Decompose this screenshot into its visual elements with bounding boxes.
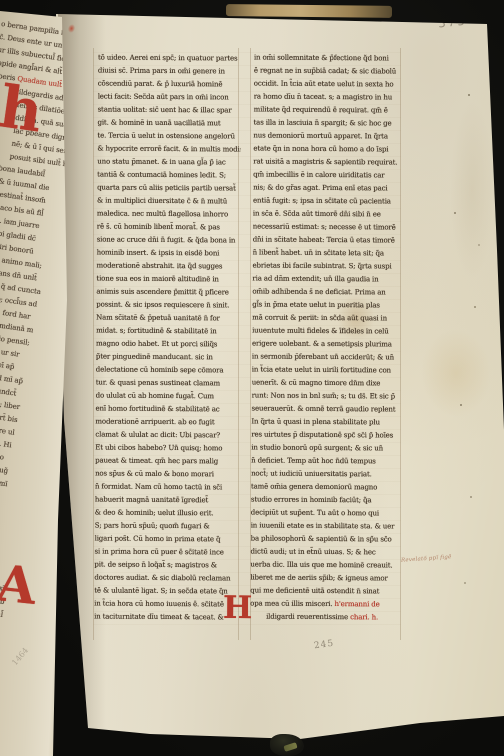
manuscript-line: clamat & ululat ac dicit: Ubi pascar? xyxy=(95,428,238,442)
manuscript-line: nos sp̃us & cū malo & bono morari xyxy=(95,467,238,481)
manuscript-line: studio errores in hominib faciūt; q̃a xyxy=(251,493,401,507)
manuscript-line: om̄ib adhibenda s̄ ne deficiat. Prima an xyxy=(252,285,402,299)
manuscript-line: tē & ululantē ligat. S; in sec̃da etate … xyxy=(94,584,237,598)
manuscript-line: n̄ deficiet. Temp aūt hoc n̄dū tempus xyxy=(251,454,401,468)
manuscript-line: & in multiplici diuersitate c̄ & n̄ mult… xyxy=(97,195,240,209)
manuscript-line: runt: Non nos in bnl sum̄; s; tu ds̄. Et… xyxy=(252,389,402,403)
manuscript-line: tantiā & contumaciā homines ledit. S; xyxy=(97,169,240,183)
manuscript-line: res uirtutes p̄ disputationē spc̄ sc̄i p… xyxy=(251,428,401,442)
manuscript-line: p̃ter pinguedinē manducant. sic in xyxy=(96,351,239,365)
manuscript-line: In q̃rta ū quasi in plena stabilitate pl… xyxy=(251,415,401,429)
manuscript-line: mā corruit & periit: in sc̃da aūt quasi … xyxy=(252,311,402,325)
manuscript-line: tas illa in lasciuia n̄ spargit; & sic h… xyxy=(253,116,403,130)
manuscript-line: sione ac cruce dn̄i n̄ fugit. & q̃da bon… xyxy=(97,234,240,248)
manuscript-line: git. & hominē in uanā uacillatiā mut xyxy=(97,117,240,131)
rubric-initial-bottom: A xyxy=(0,558,38,612)
rubric-initial-top: h xyxy=(0,77,46,140)
manuscript-line: in om̄i sollemnitate & p̄fectione q̃d bo… xyxy=(254,51,404,65)
manuscript-line: n̄ libent̃ habet. un̄ in sc̄itate leta s… xyxy=(253,246,403,260)
manuscript-line: qui me deficientē uitā ostendit n̄ sinat xyxy=(250,584,400,598)
manuscript-line: ē regnat ne in sup̄biā cadat; & sic diab… xyxy=(254,64,404,78)
manuscript-line: ligari pos̃t. Cū homo in prima etate q̃ xyxy=(95,532,238,546)
manuscript-line: iuuentute multi fideles & īfideles in ce… xyxy=(252,324,402,338)
manuscript-line: S; pars horū sp̃uū; quom̄ fugari & xyxy=(95,519,238,533)
manuscript-line: quarta pars cū aliis peticiis partib uer… xyxy=(97,182,240,196)
manuscript-line: necessariū estimat: s; necesse ē ut timo… xyxy=(253,220,403,234)
facing-page-edge: o berna pampilia ft̄c̄. Deus ente ur unū… xyxy=(0,0,70,756)
manuscript-line: opa mea cū illis misceri. h'ermanni de xyxy=(250,597,400,611)
page-edge-sliver xyxy=(226,4,392,18)
manuscript-line: in taciturnitate dīu timeat & taceat. & xyxy=(94,610,237,624)
rubric-initial-h: H xyxy=(223,593,253,624)
manuscript-line: ebrietas ibi facile subintrat. S; q̃rta … xyxy=(252,259,402,273)
manuscript-line: decipiūt ut sup̄ent. Tu aūt o homo qui xyxy=(251,506,401,520)
manuscript-line: in sermonib p̄ferebant un̄ acciderūt; & … xyxy=(252,350,402,364)
manuscript-line: & hypocrite errorē facit. & in multis mo… xyxy=(97,143,240,157)
parchment-specks xyxy=(468,94,470,96)
rubric-text: chari. h. xyxy=(350,613,378,621)
folio-number: 375 xyxy=(437,14,467,31)
manuscript-line: enī homo fortitudinē & stabilitatē ac xyxy=(95,402,238,416)
manuscript-line: cōscendiū parat. & p̄ luxuriā hominē xyxy=(98,78,241,92)
manuscript-line: uno statu p̄manet. & in uana gl̃a p̄ iac xyxy=(97,156,240,170)
parchment-stain xyxy=(450,100,494,280)
manuscript-line: dictū audi; ut in et̃nū uiuas. S; & hec xyxy=(250,545,400,559)
manuscript-line: habuerit magnā uanitatē īgrediet̃ xyxy=(95,493,238,507)
manuscript-line: pit. de seipso n̄ loq̃at̃ s; magistros & xyxy=(94,558,237,572)
manuscript-line: Nam sc̄itatē & p̄petuā uanitatē n̄ for xyxy=(96,312,239,326)
text-column-right: in om̄i sollemnitate & p̄fectione q̃d bo… xyxy=(250,51,404,632)
manuscript-line: tamē om̄ia genera demoniorū magno xyxy=(251,480,401,494)
manuscript-line: tione sua eos in maiorē altitudinē in xyxy=(96,273,239,287)
manuscript-line: stantia uolitat: sic̄ uent hac & illac s… xyxy=(98,104,241,118)
manuscript-line: si in prima hora cū puer ē sc̄itatē ince xyxy=(94,545,237,559)
manuscript-line: qm̄ imbecillis ē in calore uiriditatis c… xyxy=(253,168,403,182)
ink-text: ildigardi reuerentissime xyxy=(266,613,350,622)
manuscript-line: nis; & do gr̃as agat. Prima enī etas pac… xyxy=(253,181,403,195)
manuscript-line: midat. s; fortitudinē & stabilitatē in xyxy=(96,325,239,339)
manuscript-line: maledica. nec multū flagellosa inhorro xyxy=(97,208,240,222)
manuscript-line: ba philosophorū & sapientiū & in sp̃u sc… xyxy=(251,532,401,546)
manuscript-line: etate q̃n in nona hora cū homo a do īspi xyxy=(253,142,403,156)
manuscript-line: rat uisitā a magistris & sapientib requi… xyxy=(253,155,403,169)
manuscript-line: moderationē abstrahit. ita q̃d sugges xyxy=(96,260,239,274)
manuscript-line: doctores audiat. & sic diabolū reclaman xyxy=(94,571,237,585)
manuscript-line: animis suis ascendere p̄mittit q̃ pficer… xyxy=(96,286,239,300)
manuscript-line: in t̃cia etate uelut in uirili fortitudi… xyxy=(252,363,402,377)
ink-text: opa mea cū illis misceri. xyxy=(250,599,334,608)
manuscript-line: seuerauerūt. & omnē terrā gaudio replent xyxy=(251,402,401,416)
text-column-left: tō uideo. Aerei eni spc̄; in quatuor par… xyxy=(94,52,241,633)
manuscript-line: delectatione cū hominib sepe cōmora xyxy=(96,364,239,378)
manuscript-line: paueat & timeat. qm̄ hec pars malig xyxy=(95,454,238,468)
manuscript-line: ildigardi reuerentissime chari. h. xyxy=(250,610,400,624)
manuscript-line: uenerīt. & cū magno timore dn̄m dixe xyxy=(252,376,402,390)
rubric-text: h'ermanni de xyxy=(335,600,380,608)
manuscript-line: liberet me de aeriis sp̃ib; & igneus amo… xyxy=(250,571,400,585)
manuscript-line: noct̄; ut iudiciū uniuersitatis pariat. xyxy=(251,467,401,481)
manuscript-line: hominib insert. & ipsis in eisdē boni xyxy=(97,247,240,261)
manuscript-line: ra homo dīu n̄ taceat. s; a magistro in … xyxy=(254,90,404,104)
manuscript-line: lecti facit: Sec̃da aūt pars in om̄i inc… xyxy=(98,91,241,105)
manuscript-line: uerba dic. Illa uis que me hominē creaui… xyxy=(250,558,400,572)
manuscript-line: tur. & quasi penas sustineat clamam xyxy=(96,377,239,391)
manuscript-line: occidit. In t̃cia aūt etate uelut in sex… xyxy=(254,77,404,91)
manuscript-line: tō uideo. Aerei eni spc̄; in quatuor par… xyxy=(98,52,241,66)
manuscript-line: possint. & sic ipsos requiescere n̄ sini… xyxy=(96,299,239,313)
manuscript-line: in studio bonorū opū surgent; & sic un̄ xyxy=(251,441,401,455)
manuscript-line: moderationē arripuerit. ab eo fugit xyxy=(95,415,238,429)
parchment-stain xyxy=(418,325,494,421)
manuscript-line: dn̄i in sc̄itate habeat: Tercia ū etas t… xyxy=(253,233,403,247)
manuscript-line: ria ad dn̄m extendit; un̄ illa gaudia in xyxy=(252,272,402,286)
manuscript-line: n̄ formidat. Nam cū homo tactū in sc̄i xyxy=(95,480,238,494)
manuscript-line: gl̃s in p̃ma etate uelut in pueritia pla… xyxy=(252,298,402,312)
pencil-number: 245 xyxy=(313,639,334,652)
photo-background: tō uideo. Aerei eni spc̄; in quatuor par… xyxy=(0,0,504,756)
manuscript-line: nus demoniorū mortuū apparet. In q̃rta xyxy=(253,129,403,143)
manuscript-line: militate q̃d requirendū ē requirat. qm̄ … xyxy=(254,103,404,117)
manuscript-line: & deo & hominib; uelut illusio erit. xyxy=(95,506,238,520)
manuscript-line: in sc̄a ē. Sc̃da aūt timorē dn̄i sibi n̄… xyxy=(253,207,403,221)
manuscript-page: tō uideo. Aerei eni spc̄; in quatuor par… xyxy=(0,0,504,756)
manuscript-line: entiā fugit: s; ipsa in sc̄itate cū paci… xyxy=(253,194,403,208)
manuscript-line: in iuuenili etate es in stabilitate sta.… xyxy=(251,519,401,533)
manuscript-line: Et ubi cibos habebo? Un̄ quisq; homo xyxy=(95,441,238,455)
manuscript-line: do ululat cū ab homine fugat̃. Cum xyxy=(96,389,239,403)
manuscript-line: in t̃cia hora cū homo iuuenis ē. sc̄itat… xyxy=(94,597,237,611)
manuscript-line: te. Tercia ū uelut in ostensione angelor… xyxy=(97,130,240,144)
margin-gloss: Revelatõ ppĩ figẽ xyxy=(401,554,452,564)
manuscript-line: magno odio habet. Et ut porci siliq̃s xyxy=(96,338,239,352)
manuscript-line: erigere uolebant. & a semetipsis plurima xyxy=(252,337,402,351)
manuscript-line: diuisi sc̄. Prima pars in om̄i genere in xyxy=(98,65,241,79)
manuscript-line: rē s̄. cū hominib libent̃ morat̃. & pas xyxy=(97,221,240,235)
